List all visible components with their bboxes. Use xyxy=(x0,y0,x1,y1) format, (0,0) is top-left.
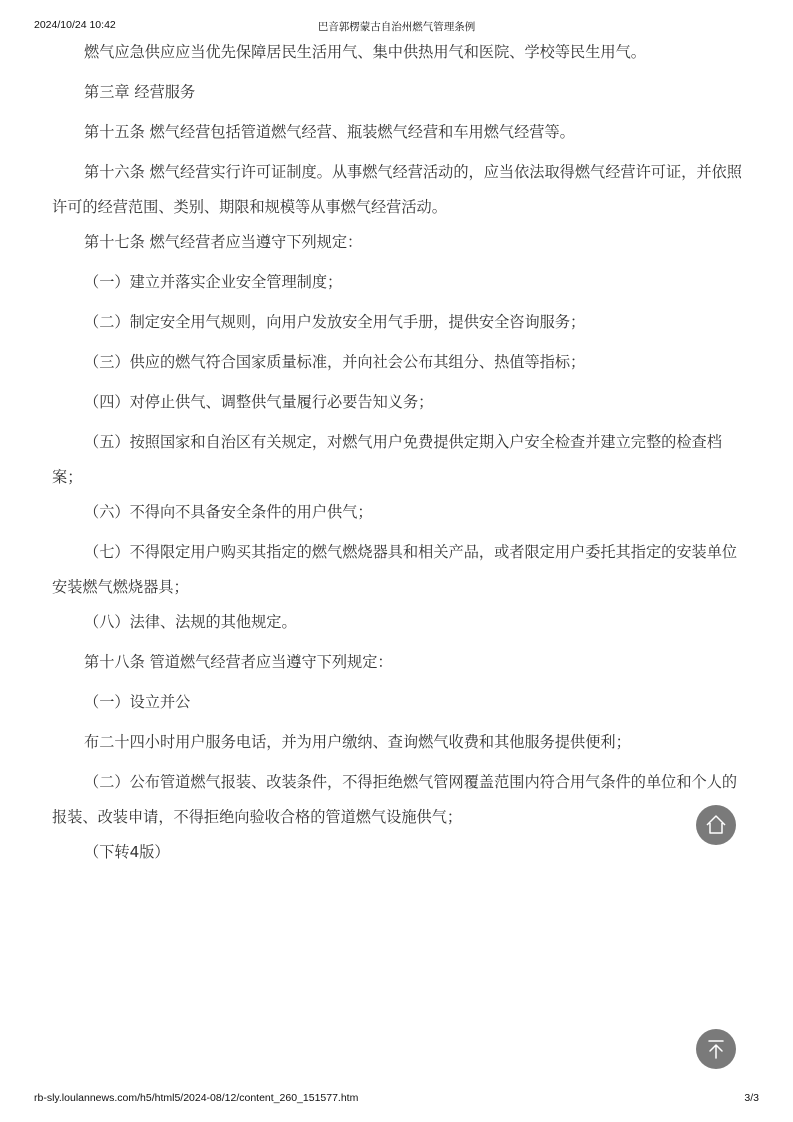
continued-note: （下转4版） xyxy=(52,842,744,863)
article-15: 第十五条 燃气经营包括管道燃气经营、瓶装燃气经营和车用燃气经营等。 xyxy=(52,122,744,143)
article-18: 第十八条 管道燃气经营者应当遵守下列规定： xyxy=(52,652,744,673)
article-18-item-2: （二）公布管道燃气报装、改装条件，不得拒绝燃气管网覆盖范围内符合用气条件的单位和… xyxy=(52,765,744,835)
article-16: 第十六条 燃气经营实行许可证制度。从事燃气经营活动的，应当依法取得燃气经营许可证… xyxy=(52,155,744,225)
home-button[interactable] xyxy=(696,805,736,845)
article-17-item-5: （五）按照国家和自治区有关规定，对燃气用户免费提供定期入户安全检查并建立完整的检… xyxy=(52,425,744,495)
article-17-item-4: （四）对停止供气、调整供气量履行必要告知义务； xyxy=(52,392,744,413)
article-17-item-6: （六）不得向不具备安全条件的用户供气； xyxy=(52,502,744,523)
back-to-top-button[interactable] xyxy=(696,1029,736,1069)
print-header: 2024/10/24 10:42 巴音郭楞蒙古自治州燃气管理条例 xyxy=(0,19,793,35)
print-url: rb-sly.loulannews.com/h5/html5/2024-08/1… xyxy=(34,1092,358,1104)
home-icon xyxy=(704,813,728,837)
print-footer: rb-sly.loulannews.com/h5/html5/2024-08/1… xyxy=(0,1092,793,1108)
article-18-item-1-part-1: （一）设立并公 xyxy=(52,692,744,713)
paragraph-emergency-supply: 燃气应急供应应当优先保障居民生活用气、集中供热用气和医院、学校等民生用气。 xyxy=(52,42,744,63)
article-17-item-2: （二）制定安全用气规则，向用户发放安全用气手册，提供安全咨询服务； xyxy=(52,312,744,333)
article-18-item-1-part-2: 布二十四小时用户服务电话，并为用户缴纳、查询燃气收费和其他服务提供便利； xyxy=(52,732,744,753)
print-page-title: 巴音郭楞蒙古自治州燃气管理条例 xyxy=(0,19,793,34)
page-indicator: 3/3 xyxy=(744,1092,759,1104)
article-17: 第十七条 燃气经营者应当遵守下列规定： xyxy=(52,232,744,253)
article-17-item-7: （七）不得限定用户购买其指定的燃气燃烧器具和相关产品，或者限定用户委托其指定的安… xyxy=(52,535,744,605)
chapter-heading: 第三章 经营服务 xyxy=(52,82,744,103)
article-17-item-8: （八）法律、法规的其他规定。 xyxy=(52,612,744,633)
back-to-top-icon xyxy=(704,1037,728,1061)
article-17-item-3: （三）供应的燃气符合国家质量标准，并向社会公布其组分、热值等指标； xyxy=(52,352,744,373)
article-17-item-1: （一）建立并落实企业安全管理制度； xyxy=(52,272,744,293)
